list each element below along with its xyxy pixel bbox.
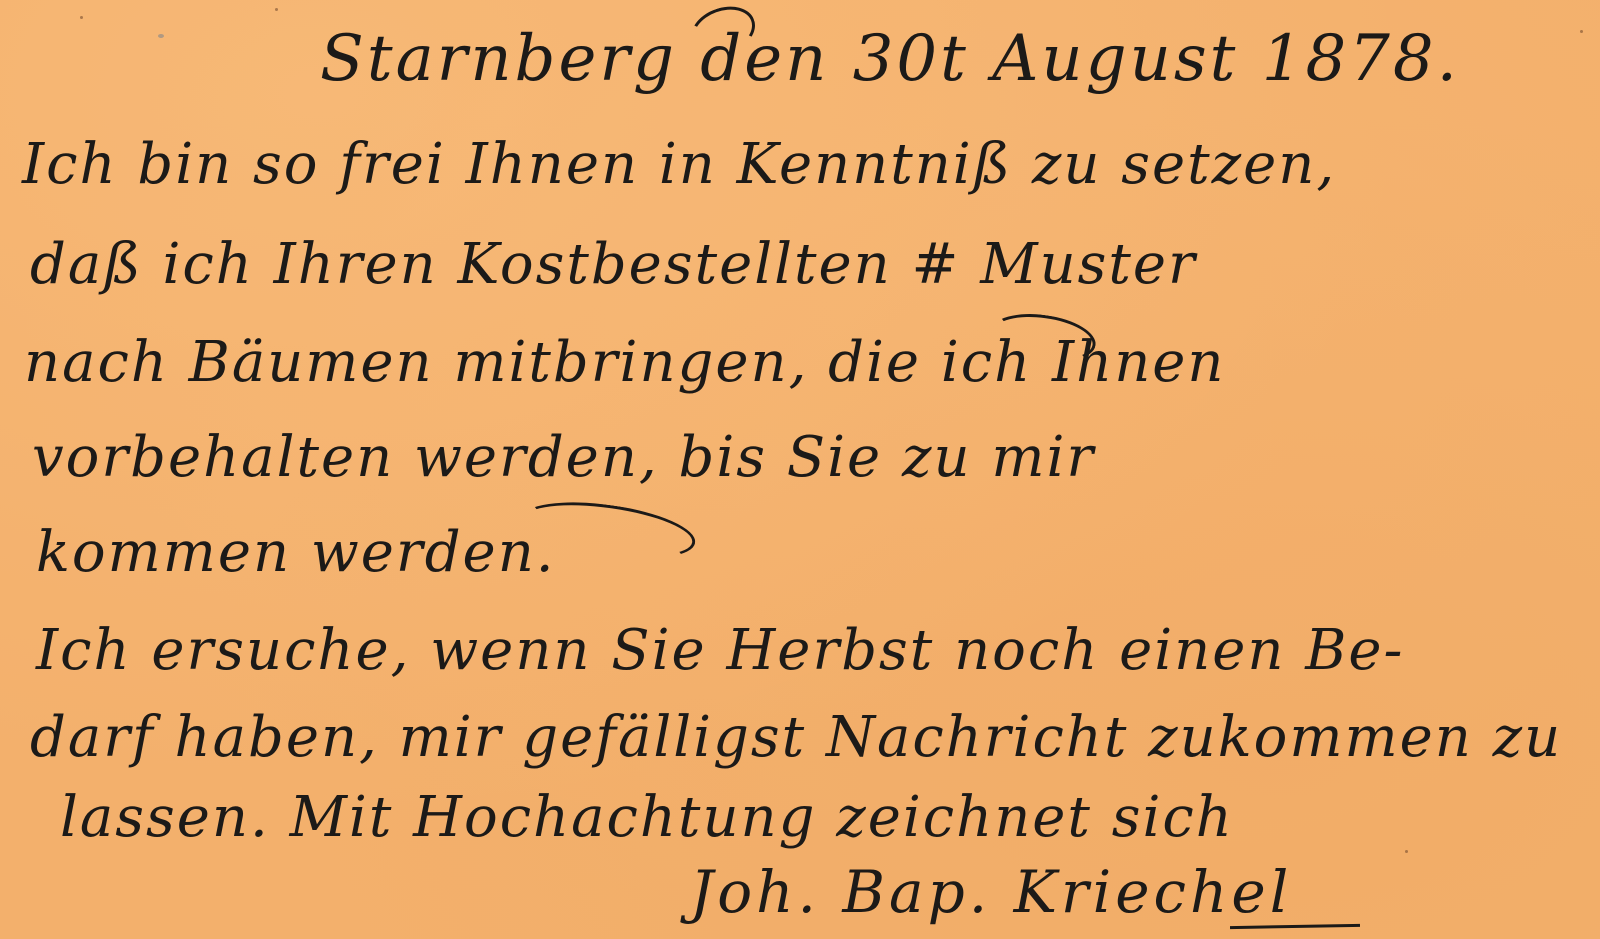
body-line-7: darf haben, mir gefälligst Nachricht zuk…	[30, 705, 1562, 770]
body-line-5: kommen werden.	[36, 520, 556, 585]
dateline: Starnberg den 30t August 1878.	[320, 22, 1460, 96]
paper-speck	[80, 16, 83, 19]
body-line-8: lassen. Mit Hochachtung zeichnet sich	[60, 785, 1234, 850]
signature: Joh. Bap. Kriechel	[690, 858, 1292, 926]
body-line-2: daß ich Ihren Kostbestellten # Muster	[30, 232, 1197, 297]
paper-speck	[1580, 30, 1583, 33]
body-line-1: Ich bin so frei Ihnen in Kenntniß zu set…	[22, 132, 1336, 197]
body-line-4: vorbehalten werden, bis Sie zu mir	[32, 425, 1095, 490]
paper-speck	[1405, 850, 1408, 853]
paper-speck	[275, 8, 278, 11]
paper-speck	[158, 34, 164, 38]
body-line-6: Ich ersuche, wenn Sie Herbst noch einen …	[36, 618, 1404, 683]
postcard-paper: Starnberg den 30t August 1878. Ich bin s…	[0, 0, 1600, 939]
